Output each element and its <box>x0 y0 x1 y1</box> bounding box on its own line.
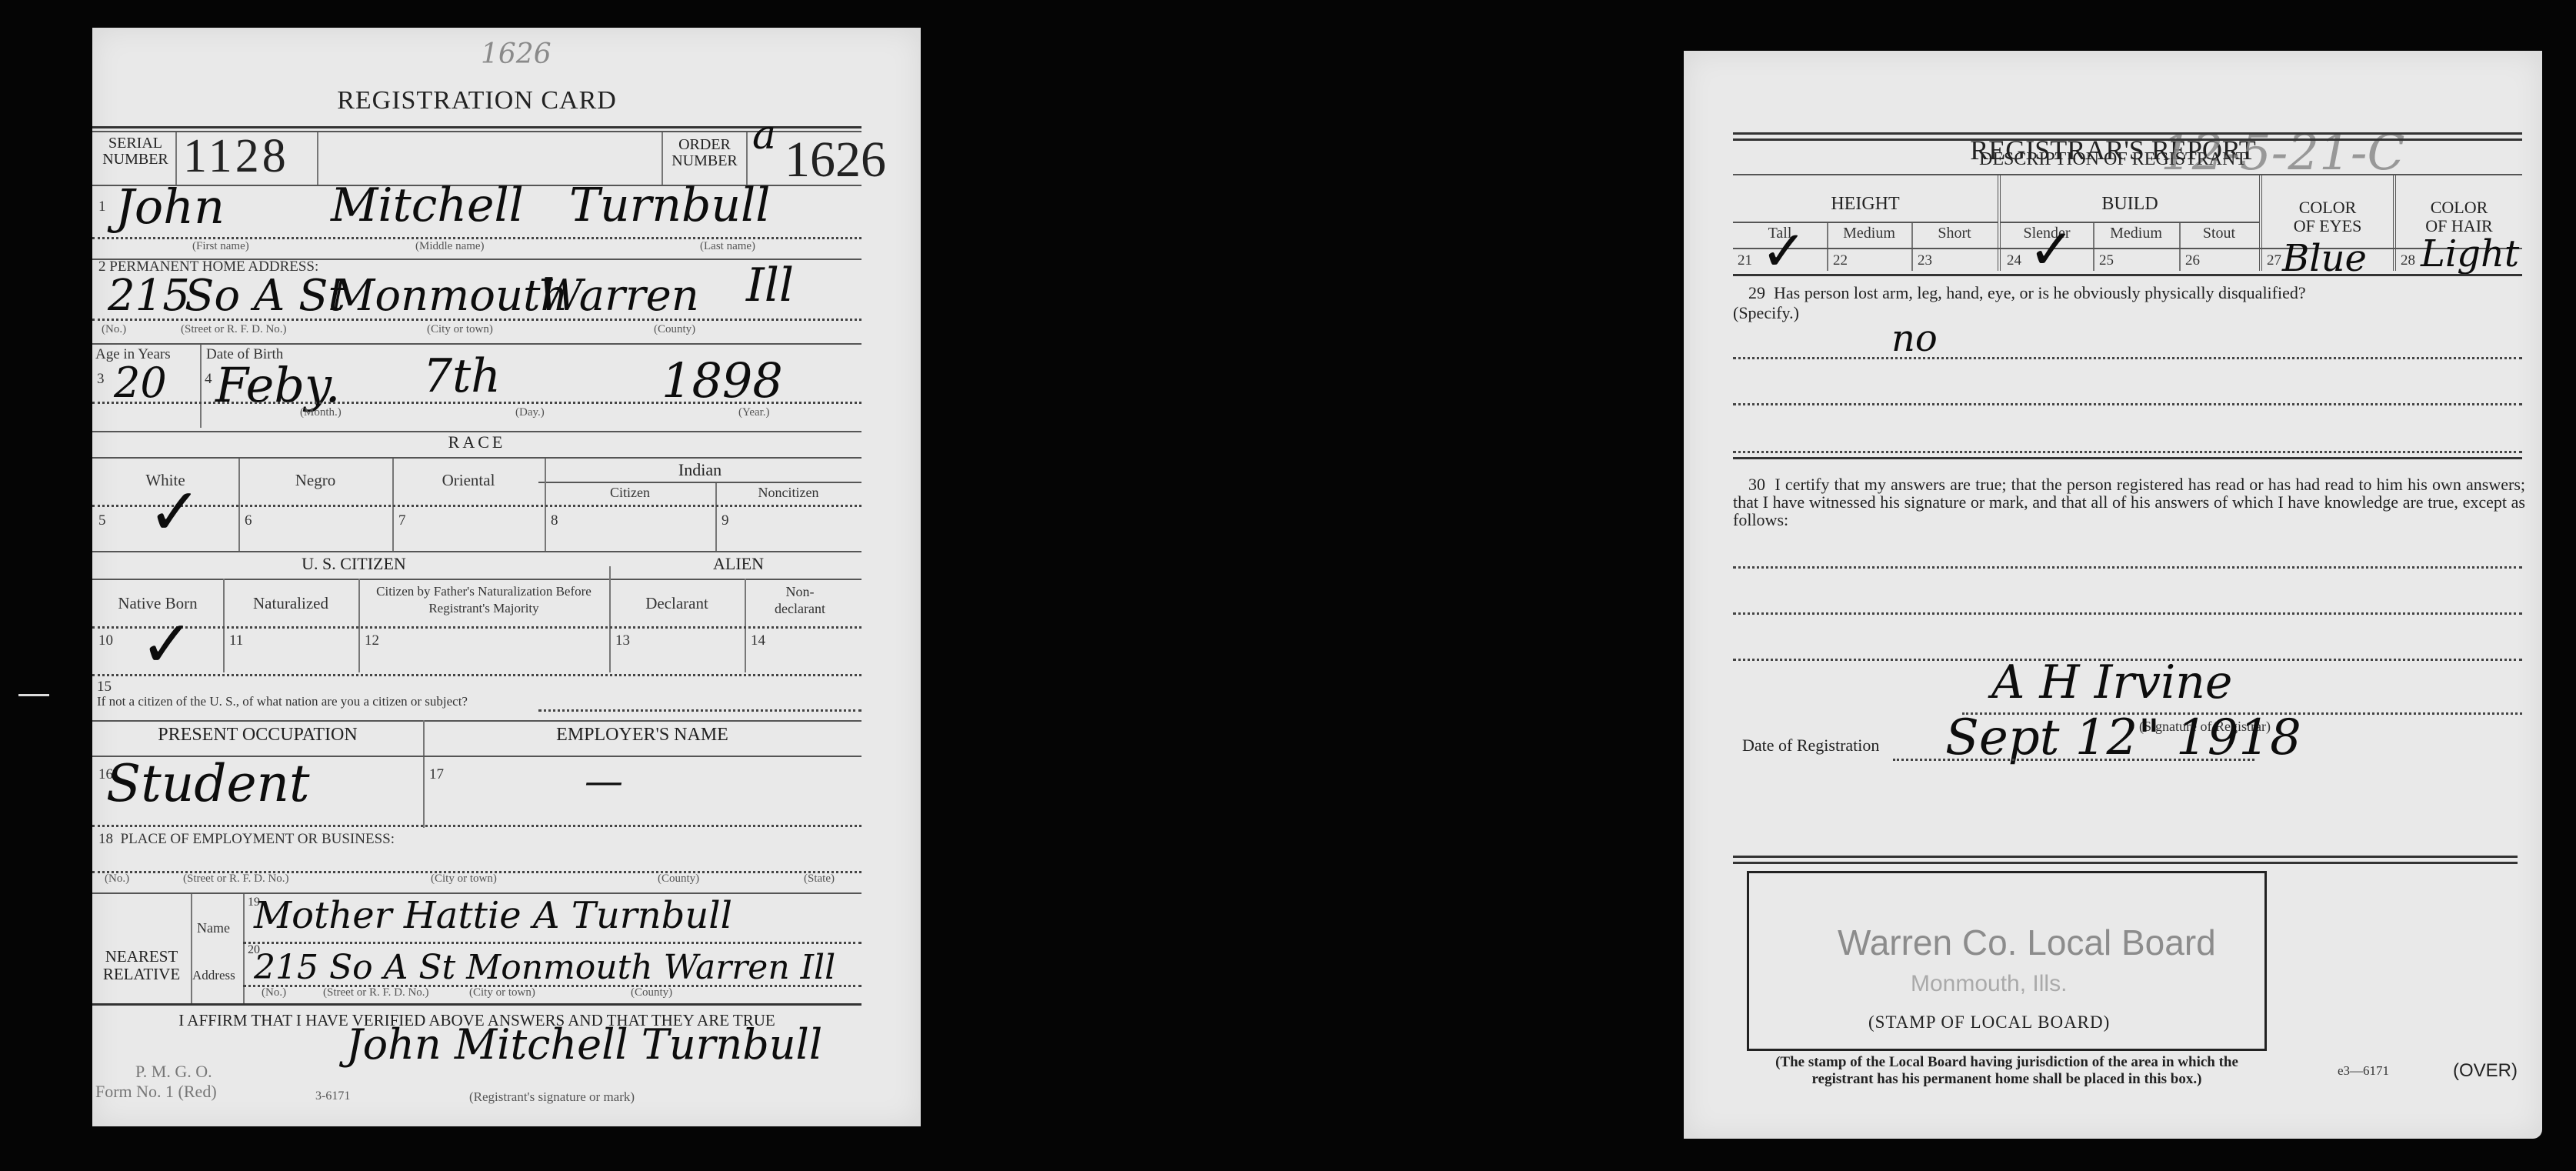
disqualified-answer: no <box>1891 317 1938 360</box>
middle-name: Mitchell <box>331 178 524 232</box>
build-medium-label: Medium <box>2093 225 2179 242</box>
caption: (Street or R. F. D. No.) <box>323 986 429 999</box>
field-number: 6 <box>245 512 252 529</box>
stamp-caption: (STAMP OF LOCAL BOARD) <box>1868 1013 2110 1033</box>
over-label: (OVER) <box>2453 1060 2518 1082</box>
caption: (No.) <box>102 323 126 336</box>
indian-heading: Indian <box>538 460 861 480</box>
order-number-label: ORDERNUMBER <box>665 137 745 169</box>
pencil-number: 1626 <box>481 38 552 70</box>
card-title: REGISTRATION CARD <box>92 86 861 115</box>
field-number: 23 <box>1918 252 1932 269</box>
race-indian-noncitizen-label: Noncitizen <box>715 485 861 501</box>
hair-color-value: Light <box>2421 232 2519 275</box>
caption: (County) <box>658 872 699 886</box>
eyes-heading: COLOROF EYES <box>2262 199 2393 235</box>
caption: (Year.) <box>738 406 770 419</box>
field-number: 11 <box>229 632 243 649</box>
height-short-label: Short <box>1911 225 1998 242</box>
home-address-number: 215 <box>108 271 190 321</box>
registrars-report-back: REGISTRAR'S REPORT 12-5-21-C DESCRIPTION… <box>1684 51 2542 1139</box>
form-number: Form No. 1 (Red) <box>95 1082 217 1102</box>
caption: (Day.) <box>515 406 545 419</box>
certification-text: 30 I certify that my answers are true; t… <box>1733 475 2525 529</box>
field-number: 1 <box>98 199 106 215</box>
field-number: 21 <box>1738 252 1752 269</box>
home-address-state: Ill <box>746 259 794 312</box>
form-agency: P. M. G. O. <box>135 1062 212 1082</box>
race-heading: RACE <box>92 432 861 452</box>
field-number: 26 <box>2185 252 2200 269</box>
relative-name-value: Mother Hattie A Turnbull <box>254 894 732 937</box>
birth-year: 1898 <box>661 352 783 409</box>
registrant-signature: John Mitchell Turnbull <box>346 1020 822 1069</box>
field-number: 5 <box>98 512 106 529</box>
caption: (City or town) <box>431 872 497 886</box>
occupation-label: PRESENT OCCUPATION <box>92 725 423 746</box>
build-slender-checkmark: ✓ <box>2028 217 2074 282</box>
serial-number-label: SERIALNUMBER <box>97 135 174 168</box>
field-number: 17 <box>429 766 444 783</box>
description-subtitle: DESCRIPTION OF REGISTRANT <box>1684 149 2542 170</box>
field-number: 15 <box>97 679 112 696</box>
age-value: 20 <box>114 359 167 407</box>
employer-label: EMPLOYER'S NAME <box>423 725 861 746</box>
field-number: 24 <box>2007 252 2021 269</box>
us-citizen-heading: U. S. CITIZEN <box>92 554 615 574</box>
scan-artifact <box>18 694 49 696</box>
last-name: Turnbull <box>569 178 770 232</box>
declarant-label: Declarant <box>609 594 745 613</box>
caption: (City or town) <box>469 986 535 999</box>
date-of-registration-label: Date of Registration <box>1742 736 1879 756</box>
caption: (City or town) <box>427 323 493 336</box>
field-number: 28 <box>2401 252 2415 269</box>
caption: (State) <box>804 872 835 886</box>
field-number: 22 <box>1833 252 1848 269</box>
field-number: 8 <box>551 512 558 529</box>
nation-question: If not a citizen of the U. S., of what n… <box>97 694 468 709</box>
home-address-county: Warren <box>538 271 699 321</box>
date-of-registration-value: Sept 12" 1918 <box>1945 709 2301 766</box>
field-number: 14 <box>751 632 765 649</box>
home-address-street: So A St <box>185 271 345 321</box>
caption: (Last name) <box>700 240 755 253</box>
field-number: 3 <box>97 371 105 388</box>
field-number: 12 <box>365 632 379 649</box>
order-number-value: 1626 <box>785 131 886 189</box>
signature-caption: (Registrant's signature or mark) <box>469 1089 635 1105</box>
occupation-value: Student <box>106 754 310 813</box>
registration-card-front: 1626 REGISTRATION CARD SERIALNUMBER 1128… <box>92 28 921 1126</box>
citizen-by-father-label: Citizen by Father's Naturalization Befor… <box>366 583 602 617</box>
alien-heading: ALIEN <box>615 554 861 574</box>
field-number: 10 <box>98 632 113 649</box>
caption: (Month.) <box>300 406 342 419</box>
disqualified-question: 29 Has person lost arm, leg, hand, eye, … <box>1733 283 2525 323</box>
build-stout-label: Stout <box>2179 225 2259 242</box>
form-code: e3—6171 <box>2338 1063 2389 1079</box>
race-white-checkmark: ✓ <box>148 474 202 549</box>
place-of-employment-label: 18 PLACE OF EMPLOYMENT OR BUSINESS: <box>98 831 395 848</box>
caption: (Middle name) <box>415 240 485 253</box>
field-number: 13 <box>615 632 630 649</box>
caption: (County) <box>631 986 672 999</box>
stamp-note: (The stamp of the Local Board having jur… <box>1747 1054 2267 1088</box>
nearest-relative-label: NEARESTRELATIVE <box>95 948 188 983</box>
form-code: 3-6171 <box>315 1089 350 1103</box>
naturalized-label: Naturalized <box>223 594 358 613</box>
relative-address-value: 215 So A St Monmouth Warren Ill <box>254 948 835 987</box>
relative-address-label: Address <box>192 968 235 983</box>
caption: (No.) <box>262 986 286 999</box>
field-number: 4 <box>205 371 212 388</box>
relative-name-label: Name <box>197 920 230 936</box>
serial-number-value: 1128 <box>183 129 289 184</box>
caption: (County) <box>654 323 695 336</box>
field-number: 9 <box>721 512 729 529</box>
first-name: John <box>115 178 225 235</box>
order-prefix: a <box>752 112 776 158</box>
race-oriental-label: Oriental <box>392 471 545 490</box>
caption: (No.) <box>105 872 129 886</box>
home-address-city: Monmouth <box>331 271 568 321</box>
native-born-checkmark: ✓ <box>140 606 194 682</box>
field-number: 25 <box>2099 252 2114 269</box>
height-medium-label: Medium <box>1827 225 1911 242</box>
birth-month: Feby. <box>215 357 341 413</box>
height-heading: HEIGHT <box>1733 194 1998 215</box>
caption: (Street or R. F. D. No.) <box>183 872 289 886</box>
field-number: 27 <box>2267 252 2281 269</box>
race-negro-label: Negro <box>238 471 392 490</box>
stamp-line2: Monmouth, Ills. <box>1911 971 2067 997</box>
registrar-signature: A H Irvine <box>1991 656 2232 709</box>
non-declarant-label: Non-declarant <box>761 583 838 617</box>
stamp-line1: Warren Co. Local Board <box>1838 922 2216 963</box>
employer-value: — <box>585 759 623 803</box>
caption: (Street or R. F. D. No.) <box>181 323 287 336</box>
field-number: 7 <box>398 512 406 529</box>
race-indian-citizen-label: Citizen <box>545 485 715 501</box>
caption: (First name) <box>192 240 249 253</box>
birth-day: 7th <box>423 349 501 403</box>
hair-heading: COLOROF HAIR <box>2396 199 2522 235</box>
build-heading: BUILD <box>2001 194 2259 215</box>
